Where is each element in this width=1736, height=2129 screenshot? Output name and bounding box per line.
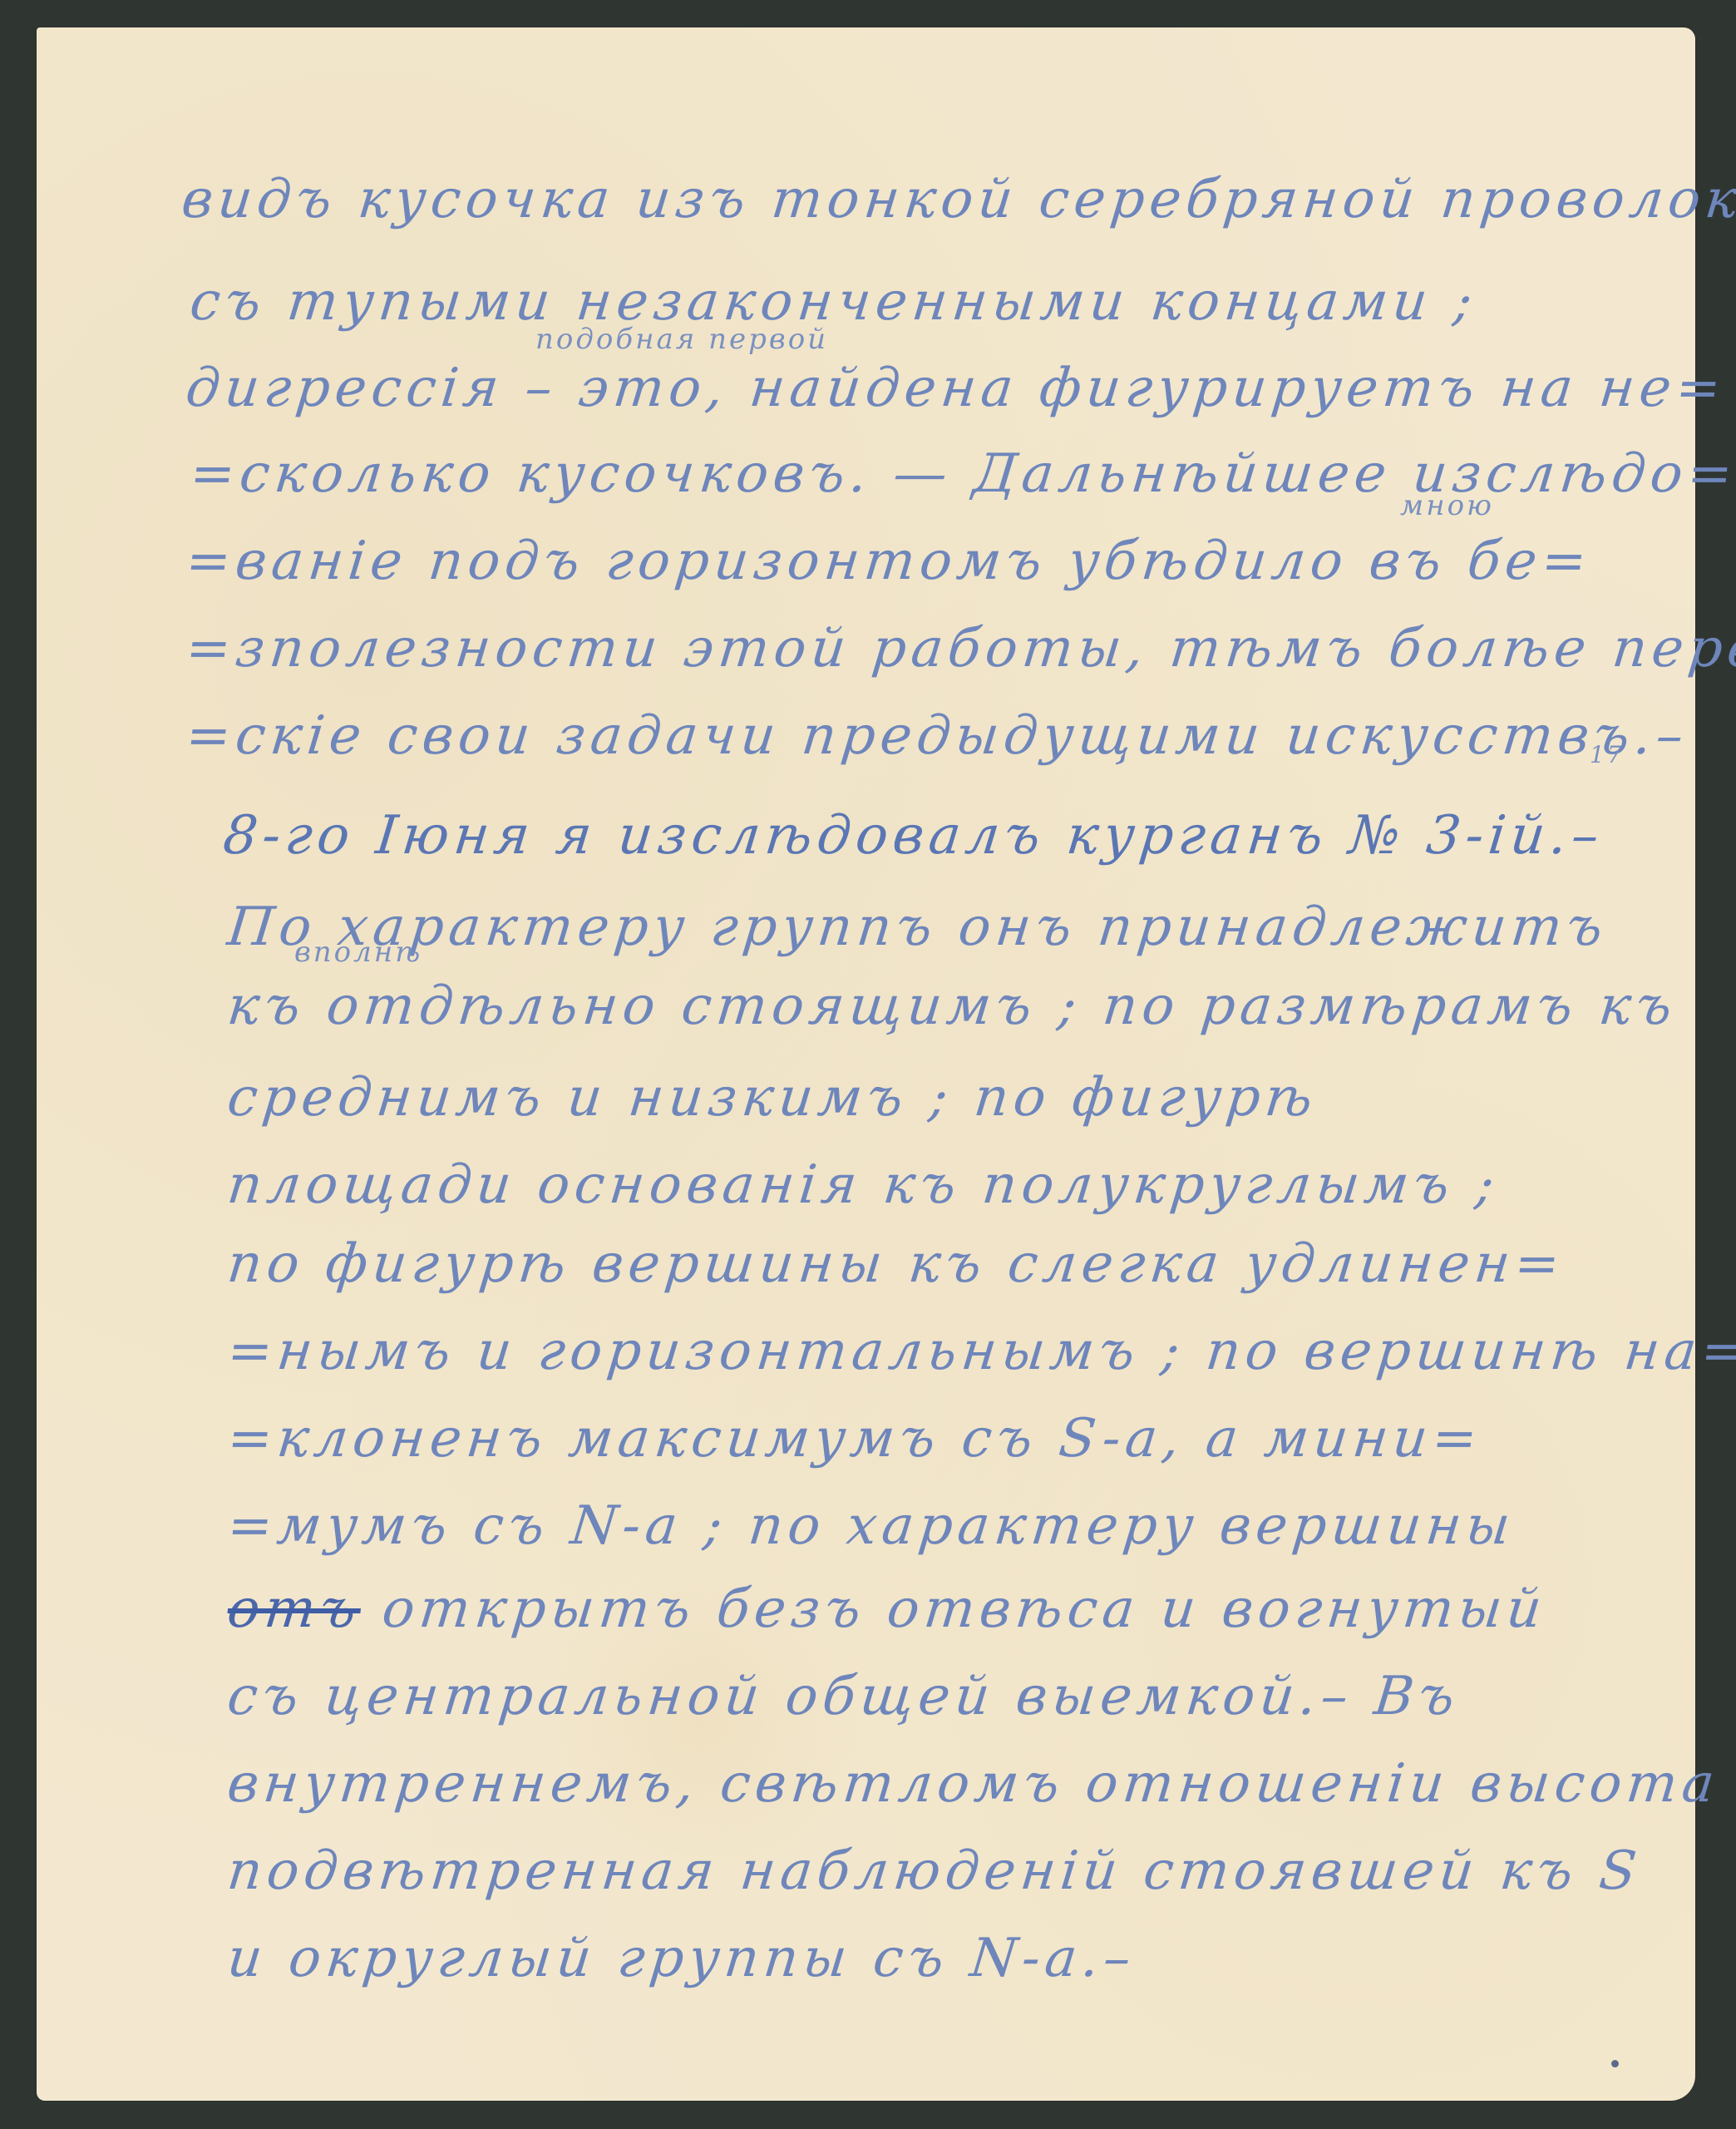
text-line-7: =скіе свои задачи предыдущими искусствъ.… <box>183 705 1691 767</box>
text-line-14: =нымъ и горизонтальнымъ ; по вершинѣ на= <box>224 1321 1736 1382</box>
interlinear-insertion: подобная первой <box>535 323 828 356</box>
text-line-20: подвѣтренная наблюденій стоявшей къ S <box>224 1840 1644 1902</box>
text-line-8-date-entry: 8-го Іюня я изслѣдовалъ курганъ № 3-ій.– <box>220 805 1606 867</box>
text-line-13: по фигурѣ вершины къ слегка удлинен= <box>224 1233 1567 1295</box>
interlinear-insertion: вполнѣ <box>294 936 422 969</box>
text-line-11: среднимъ и низкимъ ; по фигурѣ <box>224 1067 1320 1129</box>
text-line-12: площади основанія къ полукруглымъ ; <box>224 1154 1502 1216</box>
interlinear-insertion: мною <box>1400 489 1494 522</box>
text-line-18: съ центральной общей выемкой.– Въ <box>224 1666 1462 1727</box>
text-line-17-content: открытъ безъ отвѣса и вогнутый <box>358 1578 1549 1640</box>
text-line-4: =сколько кусочковъ. — Дальнѣйшее изслѣдо… <box>187 443 1736 505</box>
text-line-9: По характеру группъ онъ принадлежитъ <box>224 897 1610 958</box>
text-line-5: =ваніе подъ горизонтомъ убѣдило въ бе= <box>183 531 1595 592</box>
ink-spot <box>1611 2060 1619 2067</box>
text-line-2: съ тупыми незаконченными концами ; <box>187 271 1480 333</box>
manuscript-page: видъ кусочка изъ тонкой серебряной прово… <box>37 27 1695 2101</box>
text-line-19: внутреннемъ, свѣтломъ отношеніи высота <box>224 1753 1722 1815</box>
text-line-17: отъ открытъ безъ отвѣса и вогнутый <box>224 1578 1549 1640</box>
text-line-1: видъ кусочка изъ тонкой серебряной прово… <box>179 169 1736 230</box>
text-line-16: =мумъ съ N-а ; по характеру вершины <box>224 1495 1517 1557</box>
text-line-3: дигрессія – это, найдена фигурируетъ на … <box>183 358 1729 419</box>
page-mark: 17 <box>1590 741 1625 768</box>
struck-out-word: отъ <box>224 1578 364 1640</box>
text-line-10: къ отдѣльно стоящимъ ; по размѣрамъ къ <box>224 976 1679 1037</box>
text-line-6: =зполезности этой работы, тѣмъ болѣе пер… <box>183 618 1736 679</box>
text-line-21: и округлый группы съ N-а.– <box>224 1928 1138 1989</box>
text-line-15: =клоненъ максимумъ съ S-а, а мини= <box>224 1408 1485 1470</box>
